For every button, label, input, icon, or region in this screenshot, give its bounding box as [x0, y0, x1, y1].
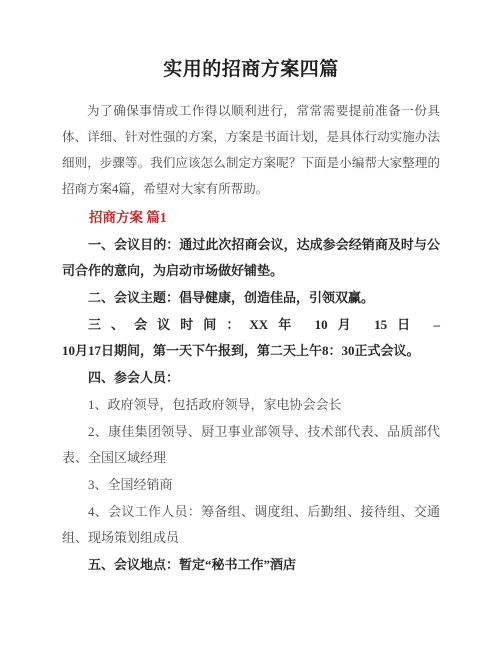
- attendees-heading: 四、参会人员：: [62, 365, 440, 391]
- attendee-item-2: 2、康佳集团领导、厨卫事业部领导、技术部代表、品质部代表、全国区域经理: [62, 419, 440, 471]
- meeting-venue-paragraph: 五、会议地点：暂定“秘书工作”酒店: [62, 552, 440, 578]
- meeting-time-line-2: 10月17日期间，第一天下午报到，第二天上午8：30正式会议。: [62, 338, 440, 364]
- meeting-time-line-1: 三、会议时间：XX年 10月 15日 –: [62, 312, 440, 338]
- document-page: 实用的招商方案四篇 为了确保事情或工作得以顺利进行，常常需要提前准备一份具体、详…: [0, 0, 500, 647]
- section-1-heading: 招商方案 篇1: [62, 205, 440, 231]
- meeting-purpose-paragraph: 一、会议目的：通过此次招商会议，达成参会经销商及时与公司合作的意向，为启动市场做…: [62, 232, 440, 284]
- attendee-item-3: 3、全国经销商: [62, 472, 440, 498]
- document-title: 实用的招商方案四篇: [62, 56, 440, 84]
- meeting-theme-paragraph: 二、会议主题：倡导健康，创造佳品，引领双赢。: [62, 285, 440, 311]
- attendee-item-4: 4、会议工作人员：筹备组、调度组、后勤组、接待组、交通组、现场策划组成员: [62, 499, 440, 551]
- intro-paragraph: 为了确保事情或工作得以顺利进行，常常需要提前准备一份具体、详细、针对性强的方案，…: [62, 98, 440, 202]
- attendee-item-1: 1、政府领导，包括政府领导，家电协会会长: [62, 392, 440, 418]
